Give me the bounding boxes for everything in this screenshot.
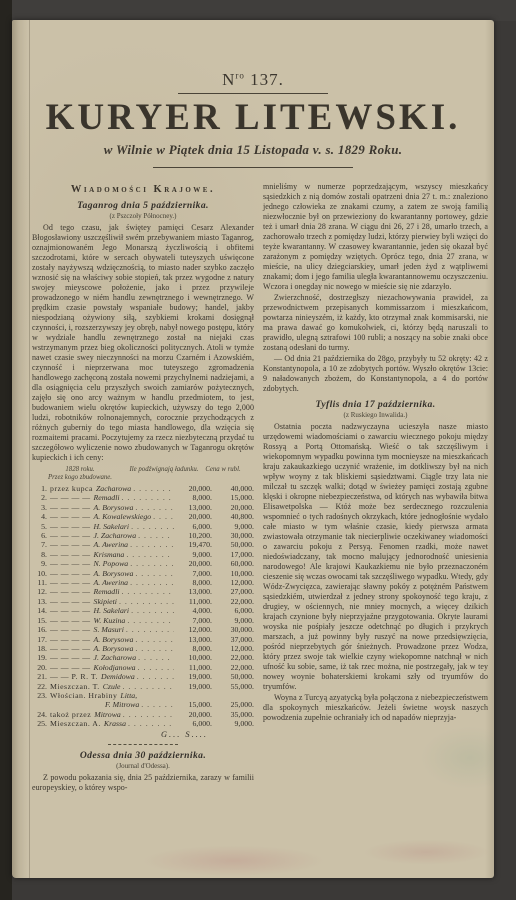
row-number: 10. <box>32 569 47 578</box>
ships-table-rows: 1. przez kupca Zacharowa 20,000. 40,000.… <box>32 484 254 729</box>
builder-name: W. Kuzina <box>94 616 126 625</box>
load-value: 19,000. <box>176 682 212 691</box>
table-row: 4. — — — — A. Kowalewskiego 20,000. 40,8… <box>32 512 254 521</box>
row-number: 16. <box>32 625 47 634</box>
table-row: 3. — — — — A. Borysowa 13,000. 20,000. <box>32 503 254 512</box>
table-row: F. Mitrowa 15,000. 25,000. <box>32 700 254 709</box>
load-value: 8,000. <box>176 578 212 587</box>
builder-name: Krismana <box>94 550 125 559</box>
builder-name: Mitrowa <box>94 710 121 719</box>
load-value: 7,000. <box>176 616 212 625</box>
dot-leader <box>138 663 174 672</box>
page-fold-crease <box>29 20 30 878</box>
dot-leader <box>138 531 174 540</box>
builder-name: S. Masuri <box>94 625 124 634</box>
load-value: 8,000. <box>176 493 212 502</box>
dot-leader <box>131 606 174 615</box>
row-number: 24. <box>32 710 47 719</box>
row-prefix: takoż przez <box>50 710 91 719</box>
row-prefix: — — — — <box>50 559 91 568</box>
dot-leader <box>130 540 174 549</box>
price-value <box>212 691 254 700</box>
odessa-continuation: mnieliśmy w numerze poprzedzającym, wszy… <box>263 182 488 394</box>
price-value: 50,000. <box>212 540 254 549</box>
row-prefix: — — — — <box>50 635 91 644</box>
dot-leader <box>122 493 174 502</box>
odessa-body: Z powodu pokazania się, dnia 25 paździer… <box>32 773 254 793</box>
load-value: 10,200. <box>176 531 212 540</box>
row-prefix: Mieszczan. T. <box>50 682 100 691</box>
table-row: 15. — — — — W. Kuzina 7,000. 9,000. <box>32 616 254 625</box>
dot-leader <box>133 484 174 493</box>
row-prefix: — — — — <box>50 522 91 531</box>
ships-table-footer: G... S.... <box>32 729 254 740</box>
paragraph: — Od dnia 21 października do 28go, przyb… <box>263 354 488 394</box>
row-prefix: — — — — <box>50 663 91 672</box>
article-heading-odessa: Odessa dnia 30 października. <box>32 750 254 761</box>
load-value: 20,000. <box>176 484 212 493</box>
row-number: 11. <box>32 578 47 587</box>
article-heading-tyflis: Tyflis dnia 17 października. <box>263 399 488 410</box>
load-value: 10,000. <box>176 653 212 662</box>
price-value: 20,000. <box>212 503 254 512</box>
load-value: 7,000. <box>176 569 212 578</box>
price-value: 55,000. <box>212 682 254 691</box>
scan-frame-left <box>0 0 12 900</box>
dot-leader <box>126 625 174 634</box>
newspaper-page: Nro 137. KURYER LITEWSKI. w Wilnie w Pią… <box>12 20 494 878</box>
table-row: 16. — — — — S. Masuri 12,000. 30,000. <box>32 625 254 634</box>
price-value: 17,000. <box>212 550 254 559</box>
row-prefix: — — — — <box>50 606 91 615</box>
row-number: 21. <box>32 672 47 681</box>
masthead-rule-bottom <box>153 167 353 168</box>
row-prefix: Włościan. Hrabiny <box>50 691 117 700</box>
price-value: 37,000. <box>212 635 254 644</box>
dot-leader <box>138 653 174 662</box>
builder-name: A. Awerina <box>94 578 129 587</box>
ships-table-header: 1828 roku. Przez kogo zbudowane. Ile pod… <box>32 466 254 482</box>
masthead-rule-top <box>178 93 328 94</box>
table-row: 18. — — — — A. Borysowa 8,000. 12,000. <box>32 644 254 653</box>
row-number: 19. <box>32 653 47 662</box>
dot-leader <box>127 616 174 625</box>
price-value: 6,000. <box>212 606 254 615</box>
ships-table: 1828 roku. Przez kogo zbudowane. Ile pod… <box>32 466 254 740</box>
builder-name: A. Awerina <box>94 540 129 549</box>
price-value: 35,000. <box>212 710 254 719</box>
load-value: 9,000. <box>176 550 212 559</box>
section-divider <box>108 744 178 745</box>
table-row: 5. — — — — H. Sakelari 6,000. 9,000. <box>32 522 254 531</box>
row-number: 18. <box>32 644 47 653</box>
price-value: 50,000. <box>212 672 254 681</box>
dot-leader <box>123 710 174 719</box>
price-value: 9,000. <box>212 616 254 625</box>
header-price: Cena w rubl. <box>200 466 246 482</box>
issue-number: Nro 137. <box>12 70 494 90</box>
price-value: 12,000. <box>212 644 254 653</box>
row-prefix: — — — — <box>50 503 91 512</box>
paragraph: mnieliśmy w numerze poprzedzającym, wszy… <box>263 182 488 292</box>
row-number: 1. <box>32 484 47 493</box>
taganrog-body: Od tego czasu, jak świętey pamięci Cesar… <box>32 223 254 463</box>
dot-leader <box>123 682 175 691</box>
table-row: 20. — — — — Kołodjanowa 11,000. 22,000. <box>32 663 254 672</box>
row-number: 17. <box>32 635 47 644</box>
load-value: 13,000. <box>176 635 212 644</box>
row-number <box>84 700 99 709</box>
table-row: 12. — — — — Remadli 13,000. 27,000. <box>32 587 254 596</box>
row-number: 15. <box>32 616 47 625</box>
builder-name: A. Kowalewskiego <box>94 512 152 521</box>
dot-leader <box>135 644 174 653</box>
masthead: Nro 137. KURYER LITEWSKI. w Wilnie w Pią… <box>12 20 494 168</box>
right-column: mnieliśmy w numerze poprzedzającym, wszy… <box>263 182 488 824</box>
price-value: 22,000. <box>212 597 254 606</box>
dot-leader <box>153 512 174 521</box>
row-number: 25. <box>32 719 47 728</box>
builder-name: A. Borysowa <box>94 635 134 644</box>
load-value: 20,000. <box>176 559 212 568</box>
price-value: 30,000. <box>212 625 254 634</box>
table-row: 14. — — — — H. Sakelari 4,000. 6,000. <box>32 606 254 615</box>
row-number: 13. <box>32 597 47 606</box>
table-row: 19. — — — — J. Zacharowa 10,000. 22,000. <box>32 653 254 662</box>
dot-leader <box>122 587 174 596</box>
builder-name: H. Sakelari <box>94 606 130 615</box>
price-value: 10,000. <box>212 569 254 578</box>
table-row: 2. — — — — Remadli 8,000. 15,000. <box>32 493 254 502</box>
load-value: 13,000. <box>176 503 212 512</box>
dot-leader <box>137 672 174 681</box>
builder-name: Zacharowa <box>96 484 131 493</box>
row-prefix: Mieszczan. A. <box>50 719 101 728</box>
dot-leader <box>135 503 174 512</box>
header-builder-label: Przez kogo zbudowane. <box>32 474 128 482</box>
issue-value: 137. <box>245 70 284 89</box>
table-row: 13. — — — — Skipieti 11,000. 22,000. <box>32 597 254 606</box>
load-value: 4,000. <box>176 606 212 615</box>
scan-frame-top <box>0 0 516 21</box>
table-row: 23. Włościan. Hrabiny Litta, <box>32 691 254 700</box>
header-builder: 1828 roku. Przez kogo zbudowane. <box>32 466 128 482</box>
newspaper-title: KURYER LITEWSKI. <box>12 100 494 136</box>
price-value: 40,000. <box>212 484 254 493</box>
row-prefix: — — — — <box>50 493 91 502</box>
load-value: 20,000. <box>176 512 212 521</box>
load-value: 19,000. <box>176 672 212 681</box>
price-value: 9,000. <box>212 522 254 531</box>
row-prefix: — — — — <box>50 550 91 559</box>
row-prefix: — — P. R. T. <box>50 672 98 681</box>
table-row: 17. — — — — A. Borysowa 13,000. 37,000. <box>32 635 254 644</box>
builder-name: Remadli <box>94 493 120 502</box>
table-row: 11. — — — — A. Awerina 8,000. 12,000. <box>32 578 254 587</box>
price-value: 27,000. <box>212 587 254 596</box>
table-row: 24. takoż przez Mitrowa 20,000. 35,000. <box>32 710 254 719</box>
left-column: Wiadomości Krajowe. Taganrog dnia 5 paźd… <box>32 182 254 824</box>
article-heading-taganrog: Taganrog dnia 5 października. <box>32 200 254 211</box>
table-row: 8. — — — — Krismana 9,000. 17,000. <box>32 550 254 559</box>
price-value: 12,000. <box>212 578 254 587</box>
builder-name: Kołodjanowa <box>94 663 136 672</box>
dot-leader <box>130 578 174 587</box>
builder-name: J. Zacharowa <box>94 531 137 540</box>
row-number: 7. <box>32 540 47 549</box>
load-value: 19,470. <box>176 540 212 549</box>
price-value: 60,000. <box>212 559 254 568</box>
row-prefix: — — — — <box>50 569 91 578</box>
article-source-tyflis: (z Ruskiego Inwalida.) <box>263 411 488 419</box>
table-row: 9. — — — — N. Popowa 20,000. 60,000. <box>32 559 254 568</box>
load-value: 15,000. <box>176 700 212 709</box>
dot-leader <box>135 635 174 644</box>
price-value: 30,000. <box>212 531 254 540</box>
row-prefix: — — — — <box>50 597 91 606</box>
row-prefix: — — — — <box>50 587 91 596</box>
price-value: 22,000. <box>212 653 254 662</box>
builder-name: N. Popowa <box>94 559 129 568</box>
builder-name: Remadli <box>94 587 120 596</box>
builder-name: A. Borysowa <box>94 569 134 578</box>
builder-name: Skipieti <box>94 597 117 606</box>
price-value: 15,000. <box>212 493 254 502</box>
header-load: Ile podźwignają ładunku. <box>128 466 200 482</box>
builder-name: Krassa <box>104 719 126 728</box>
tyflis-paragraphs: Ostatnia poczta nadzwyczayna ucieszyła n… <box>263 422 488 723</box>
load-value <box>176 691 212 700</box>
table-row: 21. — — P. R. T. Demidowa 19,000. 50,000… <box>32 672 254 681</box>
row-number: 2. <box>32 493 47 502</box>
row-number: 23. <box>32 691 47 700</box>
article-source-taganrog: (z Pszczoły Północney.) <box>32 212 254 220</box>
row-prefix: — — — — <box>50 540 91 549</box>
row-number: 8. <box>32 550 47 559</box>
section-heading: Wiadomości Krajowe. <box>32 184 254 195</box>
issue-superscript: ro <box>235 70 245 80</box>
table-row: 22. Mieszczan. T. Czule 19,000. 55,000. <box>32 682 254 691</box>
row-number: 5. <box>32 522 47 531</box>
load-value: 6,000. <box>176 719 212 728</box>
row-number: 14. <box>32 606 47 615</box>
paragraph: Woyna z Turcyą azyatycką była połączona … <box>263 693 488 723</box>
row-number: 22. <box>32 682 47 691</box>
load-value: 6,000. <box>176 522 212 531</box>
row-prefix: — — — — <box>50 531 91 540</box>
price-value: 22,000. <box>212 663 254 672</box>
table-row: 1. przez kupca Zacharowa 20,000. 40,000. <box>32 484 254 493</box>
builder-name: F. Mitrowa <box>105 700 139 709</box>
dot-leader <box>126 550 174 559</box>
row-number: 20. <box>32 663 47 672</box>
dateline: w Wilnie w Piątek dnia 15 Listopada v. s… <box>12 142 494 158</box>
dot-leader <box>130 559 174 568</box>
load-value: 12,000. <box>176 625 212 634</box>
paragraph: Ostatnia poczta nadzwyczayna ucieszyła n… <box>263 422 488 692</box>
builder-name: Czule <box>103 682 121 691</box>
row-number: 9. <box>32 559 47 568</box>
builder-name: H. Sakelari <box>94 522 130 531</box>
dot-leader <box>119 597 174 606</box>
column-layout: Wiadomości Krajowe. Taganrog dnia 5 paźd… <box>12 174 494 824</box>
issue-prefix: N <box>222 70 235 89</box>
row-prefix: — — — — <box>50 644 91 653</box>
price-value: 40,800. <box>212 512 254 521</box>
price-value: 9,000. <box>212 719 254 728</box>
row-prefix: — — — — <box>50 616 91 625</box>
load-value: 13,000. <box>176 587 212 596</box>
row-number: 6. <box>32 531 47 540</box>
row-number: 12. <box>32 587 47 596</box>
builder-name: Litta, <box>120 691 137 700</box>
row-prefix: — — — — <box>50 512 91 521</box>
dot-leader <box>141 700 174 709</box>
table-row: 25. Mieszczan. A. Krassa 6,000. 9,000. <box>32 719 254 728</box>
dot-leader <box>128 719 174 728</box>
row-prefix: — — — — <box>50 578 91 587</box>
builder-name: A. Borysowa <box>94 503 134 512</box>
row-prefix: — — — — <box>50 653 91 662</box>
article-source-odessa: (Journal d'Odessa). <box>32 762 254 770</box>
row-number: 3. <box>32 503 47 512</box>
builder-name: Demidowa <box>101 672 135 681</box>
row-prefix: przez kupca <box>50 484 93 493</box>
paragraph: Zwierzchność, dostrzegłszy niezachowywan… <box>263 293 488 353</box>
header-year: 1828 roku. <box>32 466 128 474</box>
table-row: 7. — — — — A. Awerina 19,470. 50,000. <box>32 540 254 549</box>
dot-leader <box>131 522 174 531</box>
table-row: 6. — — — — J. Zacharowa 10,200. 30,000. <box>32 531 254 540</box>
dot-leader <box>135 569 174 578</box>
load-value: 11,000. <box>176 597 212 606</box>
price-value: 25,000. <box>212 700 254 709</box>
row-prefix: — — — — <box>50 625 91 634</box>
load-value: 20,000. <box>176 710 212 719</box>
row-number: 4. <box>32 512 47 521</box>
load-value: 8,000. <box>176 644 212 653</box>
builder-name: A. Borysowa <box>94 644 134 653</box>
load-value: 11,000. <box>176 663 212 672</box>
table-row: 10. — — — — A. Borysowa 7,000. 10,000. <box>32 569 254 578</box>
builder-name: J. Zacharowa <box>94 653 137 662</box>
